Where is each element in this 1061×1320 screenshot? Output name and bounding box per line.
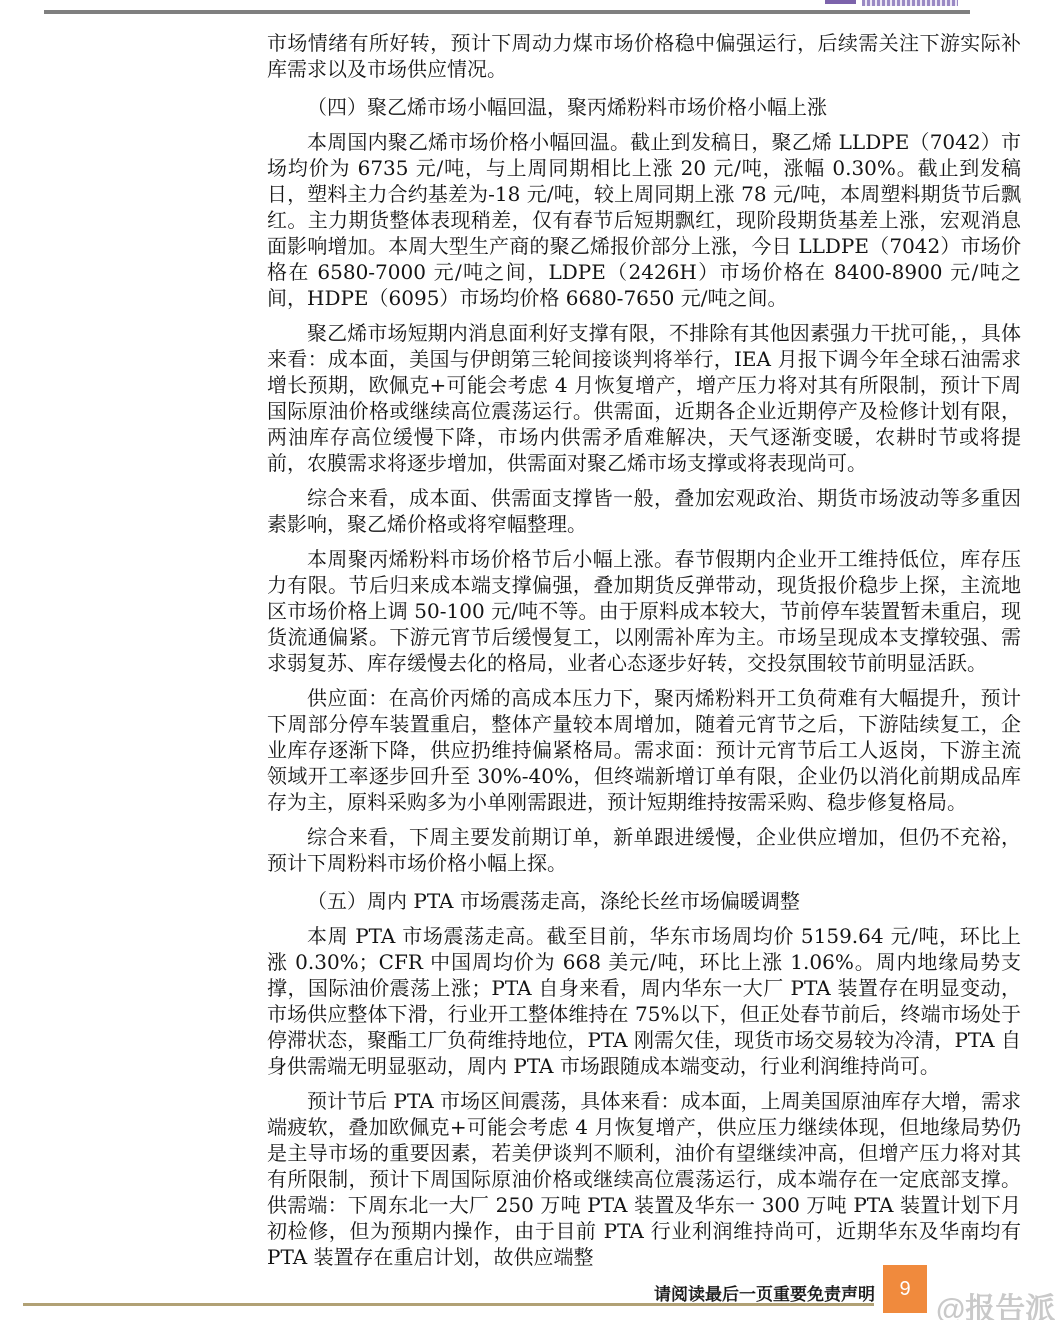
paragraph-pp-supply-demand: 供应面：在高价丙烯的高成本压力下，聚丙烯粉料开工负荷难有大幅提升，预计下周部分停… <box>267 685 1021 815</box>
paragraph-pta-week: 本周 PTA 市场震荡走高。截至目前，华东市场周均价 5159.64 元/吨，环… <box>267 923 1021 1079</box>
paragraph-pe-summary: 综合来看，成本面、供需面支撑皆一般，叠加宏观政治、期货市场波动等多重因素影响，聚… <box>267 485 1021 537</box>
section-heading-5: （五）周内 PTA 市场震荡走高，涤纶长丝市场偏暖调整 <box>267 888 1021 914</box>
publisher-logo-fragment-icon <box>825 0 856 4</box>
page-number-badge: 9 <box>883 1265 927 1313</box>
paragraph-coal-outlook: 市场情绪有所好转，预计下周动力煤市场价格稳中偏强运行，后续需关注下游实际补库需求… <box>267 30 1021 82</box>
publisher-logo-text-fragment-icon <box>862 0 958 6</box>
paragraph-pta-outlook: 预计节后 PTA 市场区间震荡，具体来看：成本面，上周美国原油库存大增，需求端疲… <box>267 1088 1021 1270</box>
paragraph-pp-powder: 本周聚丙烯粉料市场价格节后小幅上涨。春节假期内企业开工维持低位，库存压力有限。节… <box>267 546 1021 676</box>
footer-disclaimer: 请阅读最后一页重要免责声明 <box>654 1280 875 1305</box>
watermark: @报告派 <box>936 1284 1055 1320</box>
report-body: 市场情绪有所好转，预计下周动力煤市场价格稳中偏强运行，后续需关注下游实际补库需求… <box>267 30 1021 1270</box>
section-heading-4: （四）聚乙烯市场小幅回温，聚丙烯粉料市场价格小幅上涨 <box>267 94 1021 120</box>
paragraph-pe-price: 本周国内聚乙烯市场价格小幅回温。截止到发稿日，聚乙烯 LLDPE（7042）市场… <box>267 129 1021 311</box>
paragraph-pe-news: 聚乙烯市场短期内消息面利好支撑有限，不排除有其他因素强力干扰可能，，具体来看：成… <box>267 320 1021 476</box>
header-rule <box>44 10 970 14</box>
paragraph-pp-summary: 综合来看，下周主要发前期订单，新单跟进缓慢，企业供应增加，但仍不充裕，预计下周粉… <box>267 824 1021 876</box>
